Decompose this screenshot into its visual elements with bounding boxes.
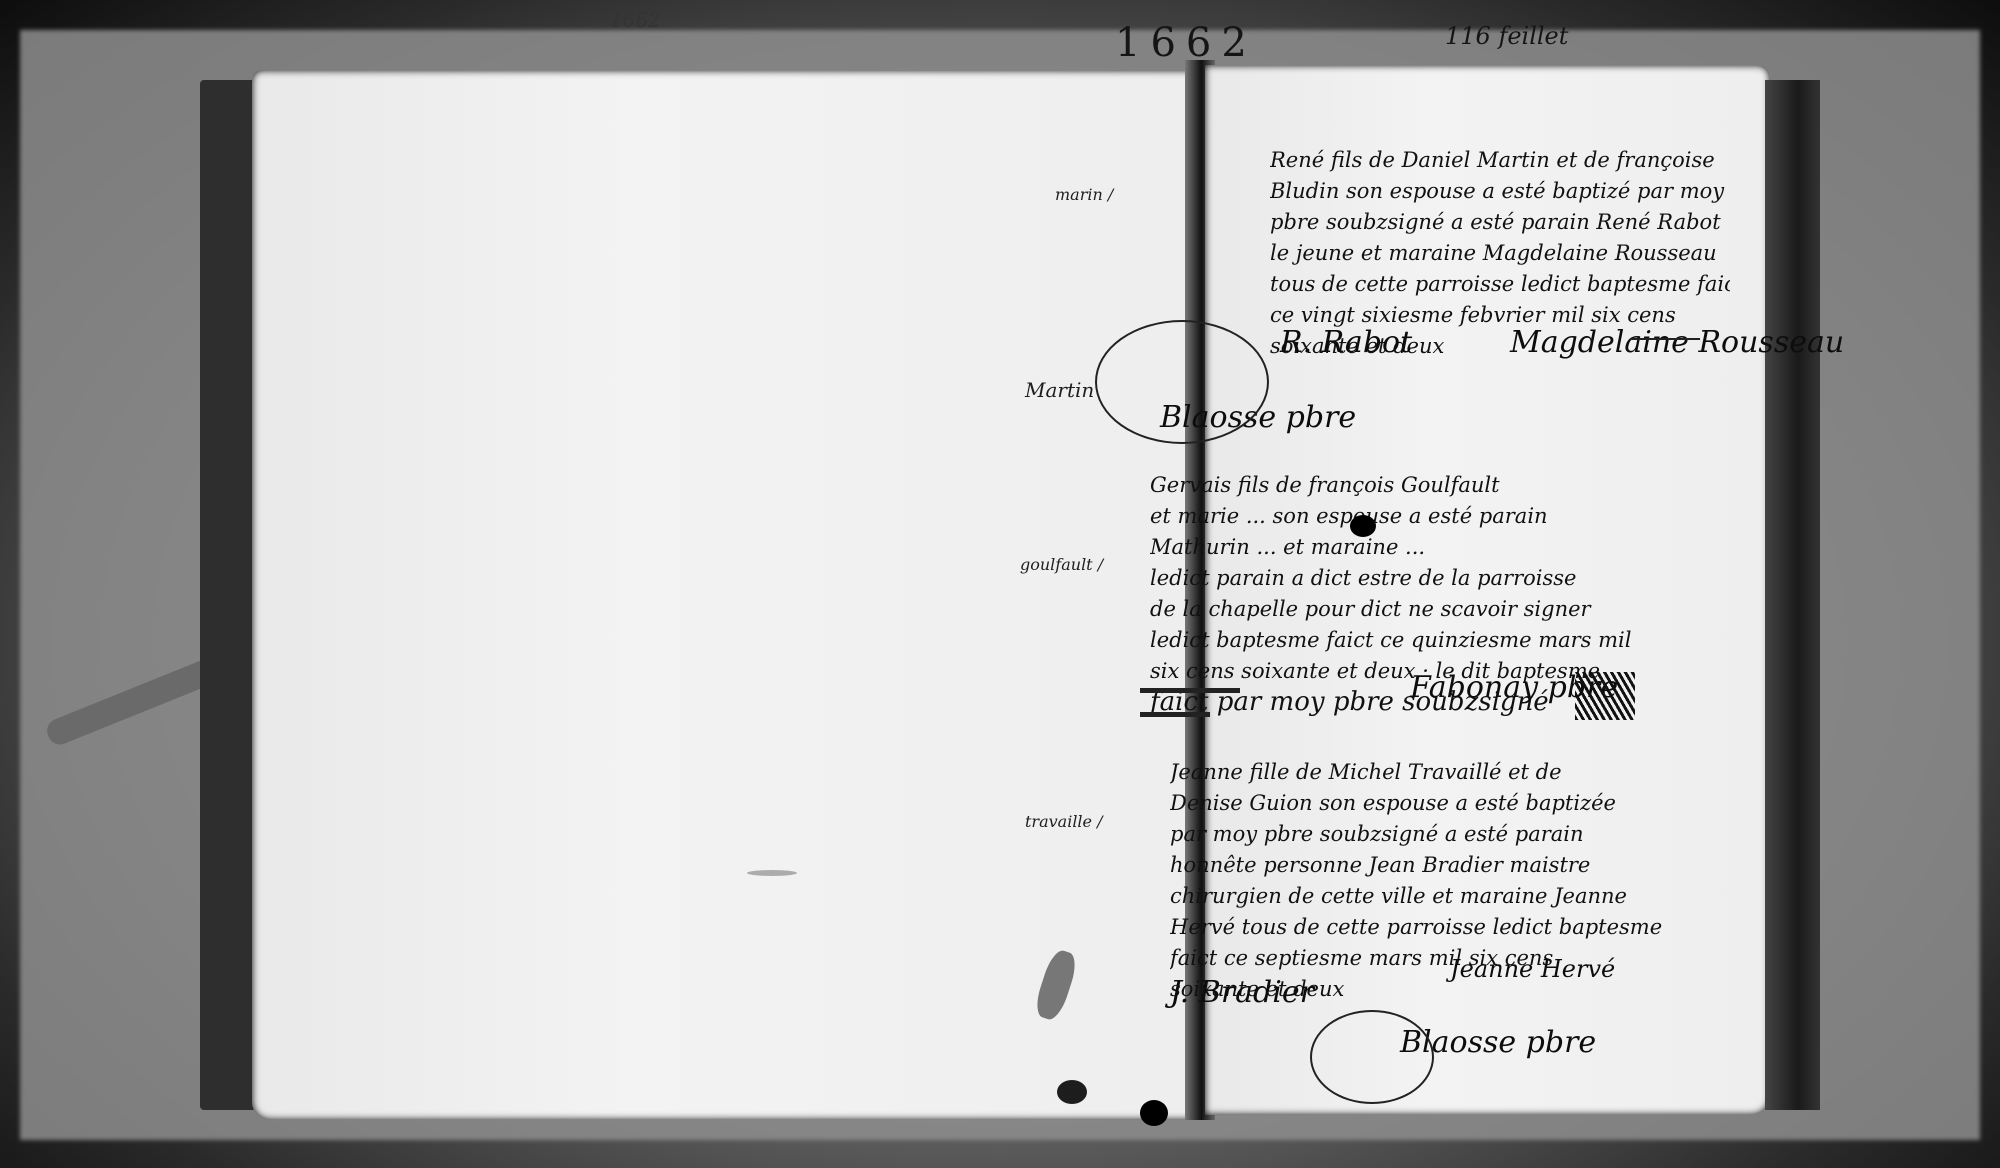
crossed-out-text xyxy=(1575,672,1635,720)
entry-line: Gervais fils de françois Goulfault xyxy=(1150,470,1710,501)
entry-line: tous de cette parroisse ledict baptesme … xyxy=(1270,269,1730,300)
left-page xyxy=(252,70,1197,1120)
page-edges-right xyxy=(1765,80,1820,1110)
entry-line: faict ce septiesme mars mil six cens xyxy=(1170,943,1710,974)
ink-stain xyxy=(1032,947,1080,1022)
line-filler xyxy=(1630,338,1700,340)
signature: Magdelaine Rousseau xyxy=(1510,325,1844,360)
margin-note-travaille: travaille / xyxy=(1025,812,1103,831)
signature: Jeanne Hervé xyxy=(1450,955,1615,983)
entry-line: honnête personne Jean Bradier maistre xyxy=(1170,850,1710,881)
entry-line: ledict parain a dict estre de la parrois… xyxy=(1150,563,1710,594)
struck-through-text xyxy=(1140,688,1240,693)
margin-note-goulfault: goulfault / xyxy=(1020,555,1103,574)
entry-line: de la chapelle pour dict ne scavoir sign… xyxy=(1150,594,1710,625)
entry-line: Jeanne fille de Michel Travaillé et de xyxy=(1170,757,1710,788)
margin-note-martin: marin / xyxy=(1055,185,1113,204)
ink-blot xyxy=(1350,515,1376,537)
entry-line: Hervé tous de cette parroisse ledict bap… xyxy=(1170,912,1710,943)
left-page-year: 1662 xyxy=(610,8,661,32)
entry-line: Mathurin ... et maraine ... xyxy=(1150,532,1710,563)
entry-line: ledict baptesme faict ce quinziesme mars… xyxy=(1150,625,1710,656)
entry-line: le jeune et maraine Magdelaine Rousseau xyxy=(1270,238,1730,269)
struck-through-text xyxy=(1140,712,1210,717)
entry-line: René fils de Daniel Martin et de françoi… xyxy=(1270,145,1730,176)
ink-blot xyxy=(1140,1100,1168,1126)
ink-blot xyxy=(1057,1080,1087,1104)
entry-line: chirurgien de cette ville et maraine Jea… xyxy=(1170,881,1710,912)
signature: R. Rabot xyxy=(1280,325,1412,360)
margin-signature: Martin xyxy=(1025,378,1094,402)
entry-line: Bludin son espouse a esté baptizé par mo… xyxy=(1270,176,1730,207)
signature-flourish xyxy=(1310,1010,1434,1104)
faint-mark xyxy=(747,870,797,876)
entry-line: pbre soubzsigné a esté parain René Rabot xyxy=(1270,207,1730,238)
entry-line: Denise Guion son espouse a esté baptizée xyxy=(1170,788,1710,819)
entry-line: par moy pbre soubzsigné a esté parain xyxy=(1170,819,1710,850)
signature: J. Bradier xyxy=(1170,975,1314,1010)
right-page-year: 1662 xyxy=(1115,20,1257,66)
baptism-entry-3: Jeanne fille de Michel Travaillé et de D… xyxy=(1170,757,1710,1005)
entry-line: et marie ... son espouse a esté parain xyxy=(1150,501,1710,532)
folio-number: 116 feillet xyxy=(1445,22,1568,50)
signature-flourish xyxy=(1095,320,1269,444)
